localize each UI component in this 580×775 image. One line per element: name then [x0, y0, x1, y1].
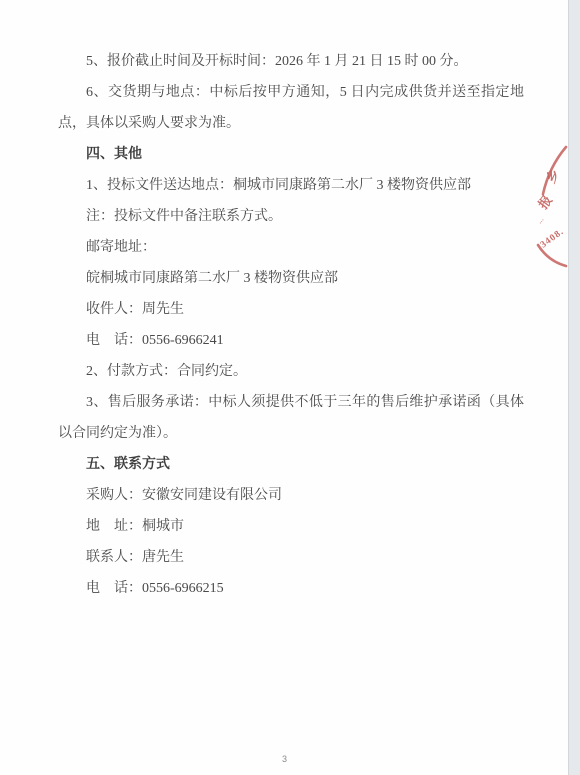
section-heading: 五、联系方式: [58, 449, 524, 480]
seal-arc-top: [543, 147, 566, 194]
paragraph: 注：投标文件中备注联系方式。: [58, 201, 524, 232]
document-body: 5、报价截止时间及开标时间：2026 年 1 月 21 日 15 时 00 分。…: [58, 46, 524, 604]
paragraph: 电 话：0556-6966241: [58, 325, 524, 356]
page-number: 3: [0, 754, 569, 764]
document-page: 5、报价截止时间及开标时间：2026 年 1 月 21 日 15 时 00 分。…: [0, 0, 580, 775]
seal-character-small: …: [537, 217, 545, 225]
page-edge-strip: [568, 0, 580, 775]
paragraph: 1、投标文件送达地点：桐城市同康路第二水厂 3 楼物资供应部: [58, 170, 524, 201]
paragraph: 采购人：安徽安同建设有限公司: [58, 480, 524, 511]
paragraph: 电 话：0556-6966215: [58, 573, 524, 604]
seal-number: 3408.: [539, 227, 566, 251]
seal-character-top: 乡: [543, 167, 563, 186]
paragraph: 邮寄地址：: [58, 232, 524, 263]
seal-graphic: 乡 报 … 3408.: [535, 142, 569, 268]
paragraph: 3、售后服务承诺：中标人须提供不低于三年的售后维护承诺函（具体以合同约定为准）。: [58, 387, 524, 449]
paragraph: 联系人：唐先生: [58, 542, 524, 573]
paragraph: 皖桐城市同康路第二水厂 3 楼物资供应部: [58, 263, 524, 294]
paragraph: 2、付款方式：合同约定。: [58, 356, 524, 387]
red-seal: 乡 报 … 3408.: [535, 142, 569, 268]
paragraph: 收件人：周先生: [58, 294, 524, 325]
paragraph: 地 址：桐城市: [58, 511, 524, 542]
paragraph: 5、报价截止时间及开标时间：2026 年 1 月 21 日 15 时 00 分。: [58, 46, 524, 77]
seal-arc-bottom: [538, 245, 566, 266]
seal-character-mid: 报: [535, 192, 555, 211]
section-heading: 四、其他: [58, 139, 524, 170]
paragraph: 6、交货期与地点：中标后按甲方通知，5 日内完成供货并送至指定地点，具体以采购人…: [58, 77, 524, 139]
